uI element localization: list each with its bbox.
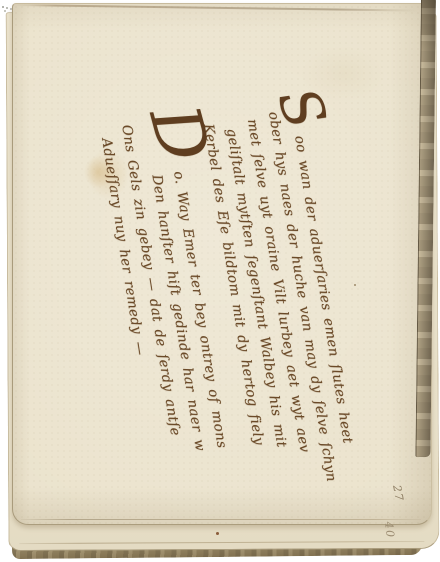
ink-speck xyxy=(216,532,219,535)
flourished-initial: D xyxy=(162,105,196,163)
flourished-initial: S xyxy=(285,87,317,130)
under-page-folio-number: 40 xyxy=(382,521,397,539)
manuscript-scan: Soo wan der aduerſaries emen ſlutes heet… xyxy=(0,0,440,562)
scan-artifact-specks xyxy=(2,6,4,8)
ink-speck xyxy=(354,284,356,286)
folio-number: 27 xyxy=(390,484,406,503)
